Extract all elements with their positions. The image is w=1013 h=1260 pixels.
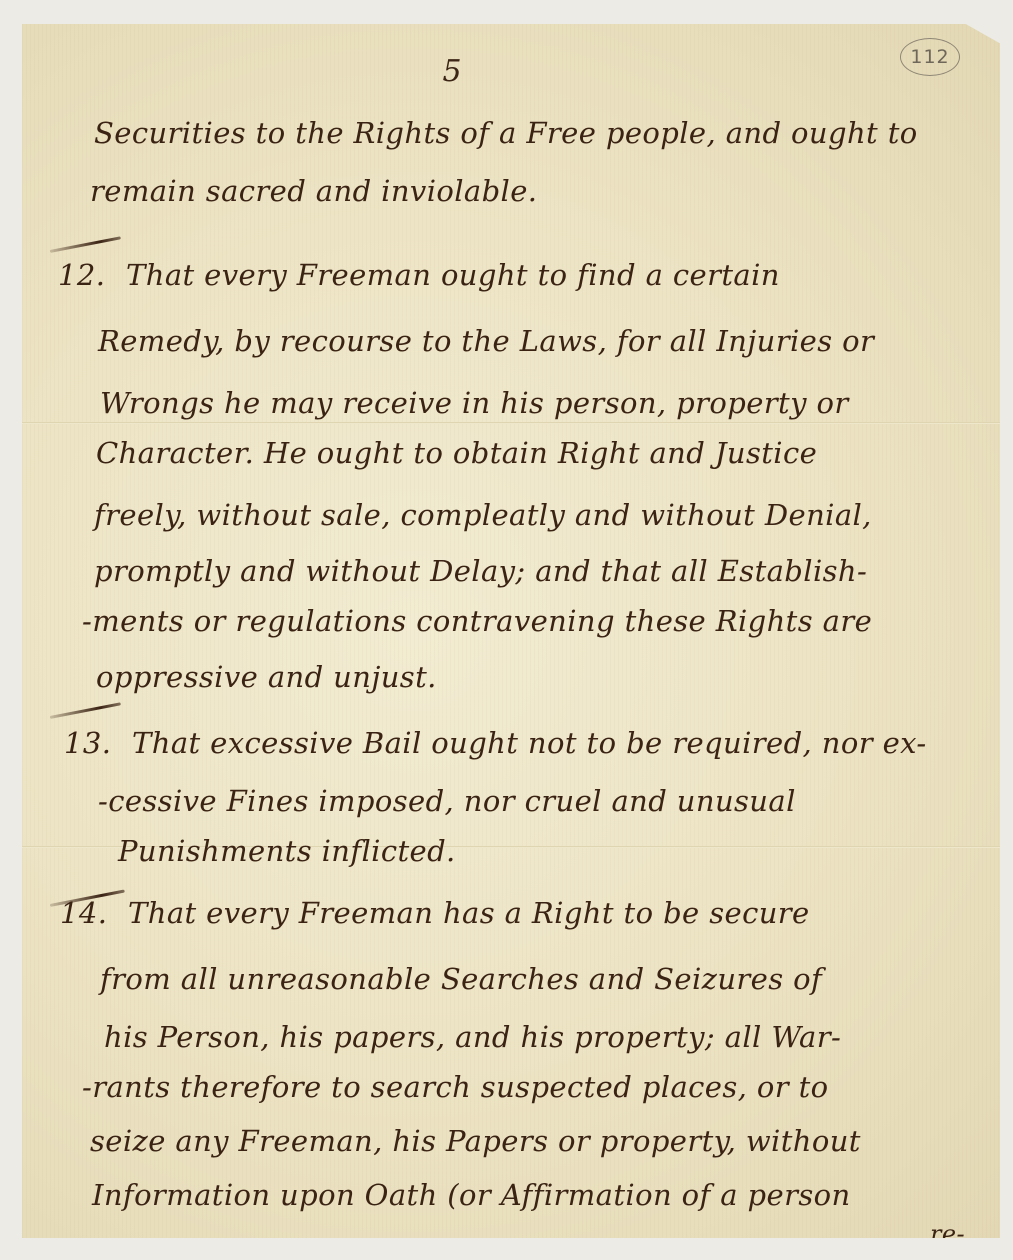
text-line: Securities to the Rights of a Free peopl… bbox=[94, 116, 918, 150]
text-line: freely, without sale, compleatly and wit… bbox=[94, 498, 872, 532]
text-line: oppressive and unjust. bbox=[96, 660, 437, 694]
text-line: Character. He ought to obtain Right and … bbox=[96, 436, 817, 470]
article-number: 13. bbox=[64, 726, 132, 760]
manuscript-page: 112 5 Securities to the Rights of a Free… bbox=[22, 24, 1000, 1238]
text-line: promptly and without Delay; and that all… bbox=[94, 554, 867, 588]
text-line: Information upon Oath (or Affirmation of… bbox=[92, 1178, 851, 1212]
text-line: -ments or regulations contravening these… bbox=[82, 604, 872, 638]
folio-number: 112 bbox=[900, 38, 960, 76]
article-12-line: 12.That every Freeman ought to find a ce… bbox=[58, 258, 780, 292]
fold-crease bbox=[22, 422, 1000, 424]
text-line: Remedy, by recourse to the Laws, for all… bbox=[98, 324, 874, 358]
article-14-line: 14.That every Freeman has a Right to be … bbox=[60, 896, 810, 930]
article-number: 12. bbox=[58, 258, 126, 292]
catchword: re- bbox=[930, 1220, 965, 1248]
text-line: -rants therefore to search suspected pla… bbox=[82, 1070, 829, 1104]
section-divider bbox=[50, 702, 121, 719]
text-line: seize any Freeman, his Papers or propert… bbox=[90, 1124, 861, 1158]
text-line: Punishments inflicted. bbox=[118, 834, 456, 868]
page-number: 5 bbox=[22, 54, 882, 89]
text-line: his Person, his papers, and his property… bbox=[104, 1020, 841, 1054]
text-line: Wrongs he may receive in his person, pro… bbox=[100, 386, 849, 420]
text-line: -cessive Fines imposed, nor cruel and un… bbox=[98, 784, 796, 818]
article-13-line: 13.That excessive Bail ought not to be r… bbox=[64, 726, 927, 760]
section-divider bbox=[50, 236, 121, 253]
text-line: from all unreasonable Searches and Seizu… bbox=[100, 962, 822, 996]
text-line: remain sacred and inviolable. bbox=[90, 174, 537, 208]
article-number: 14. bbox=[60, 896, 128, 930]
